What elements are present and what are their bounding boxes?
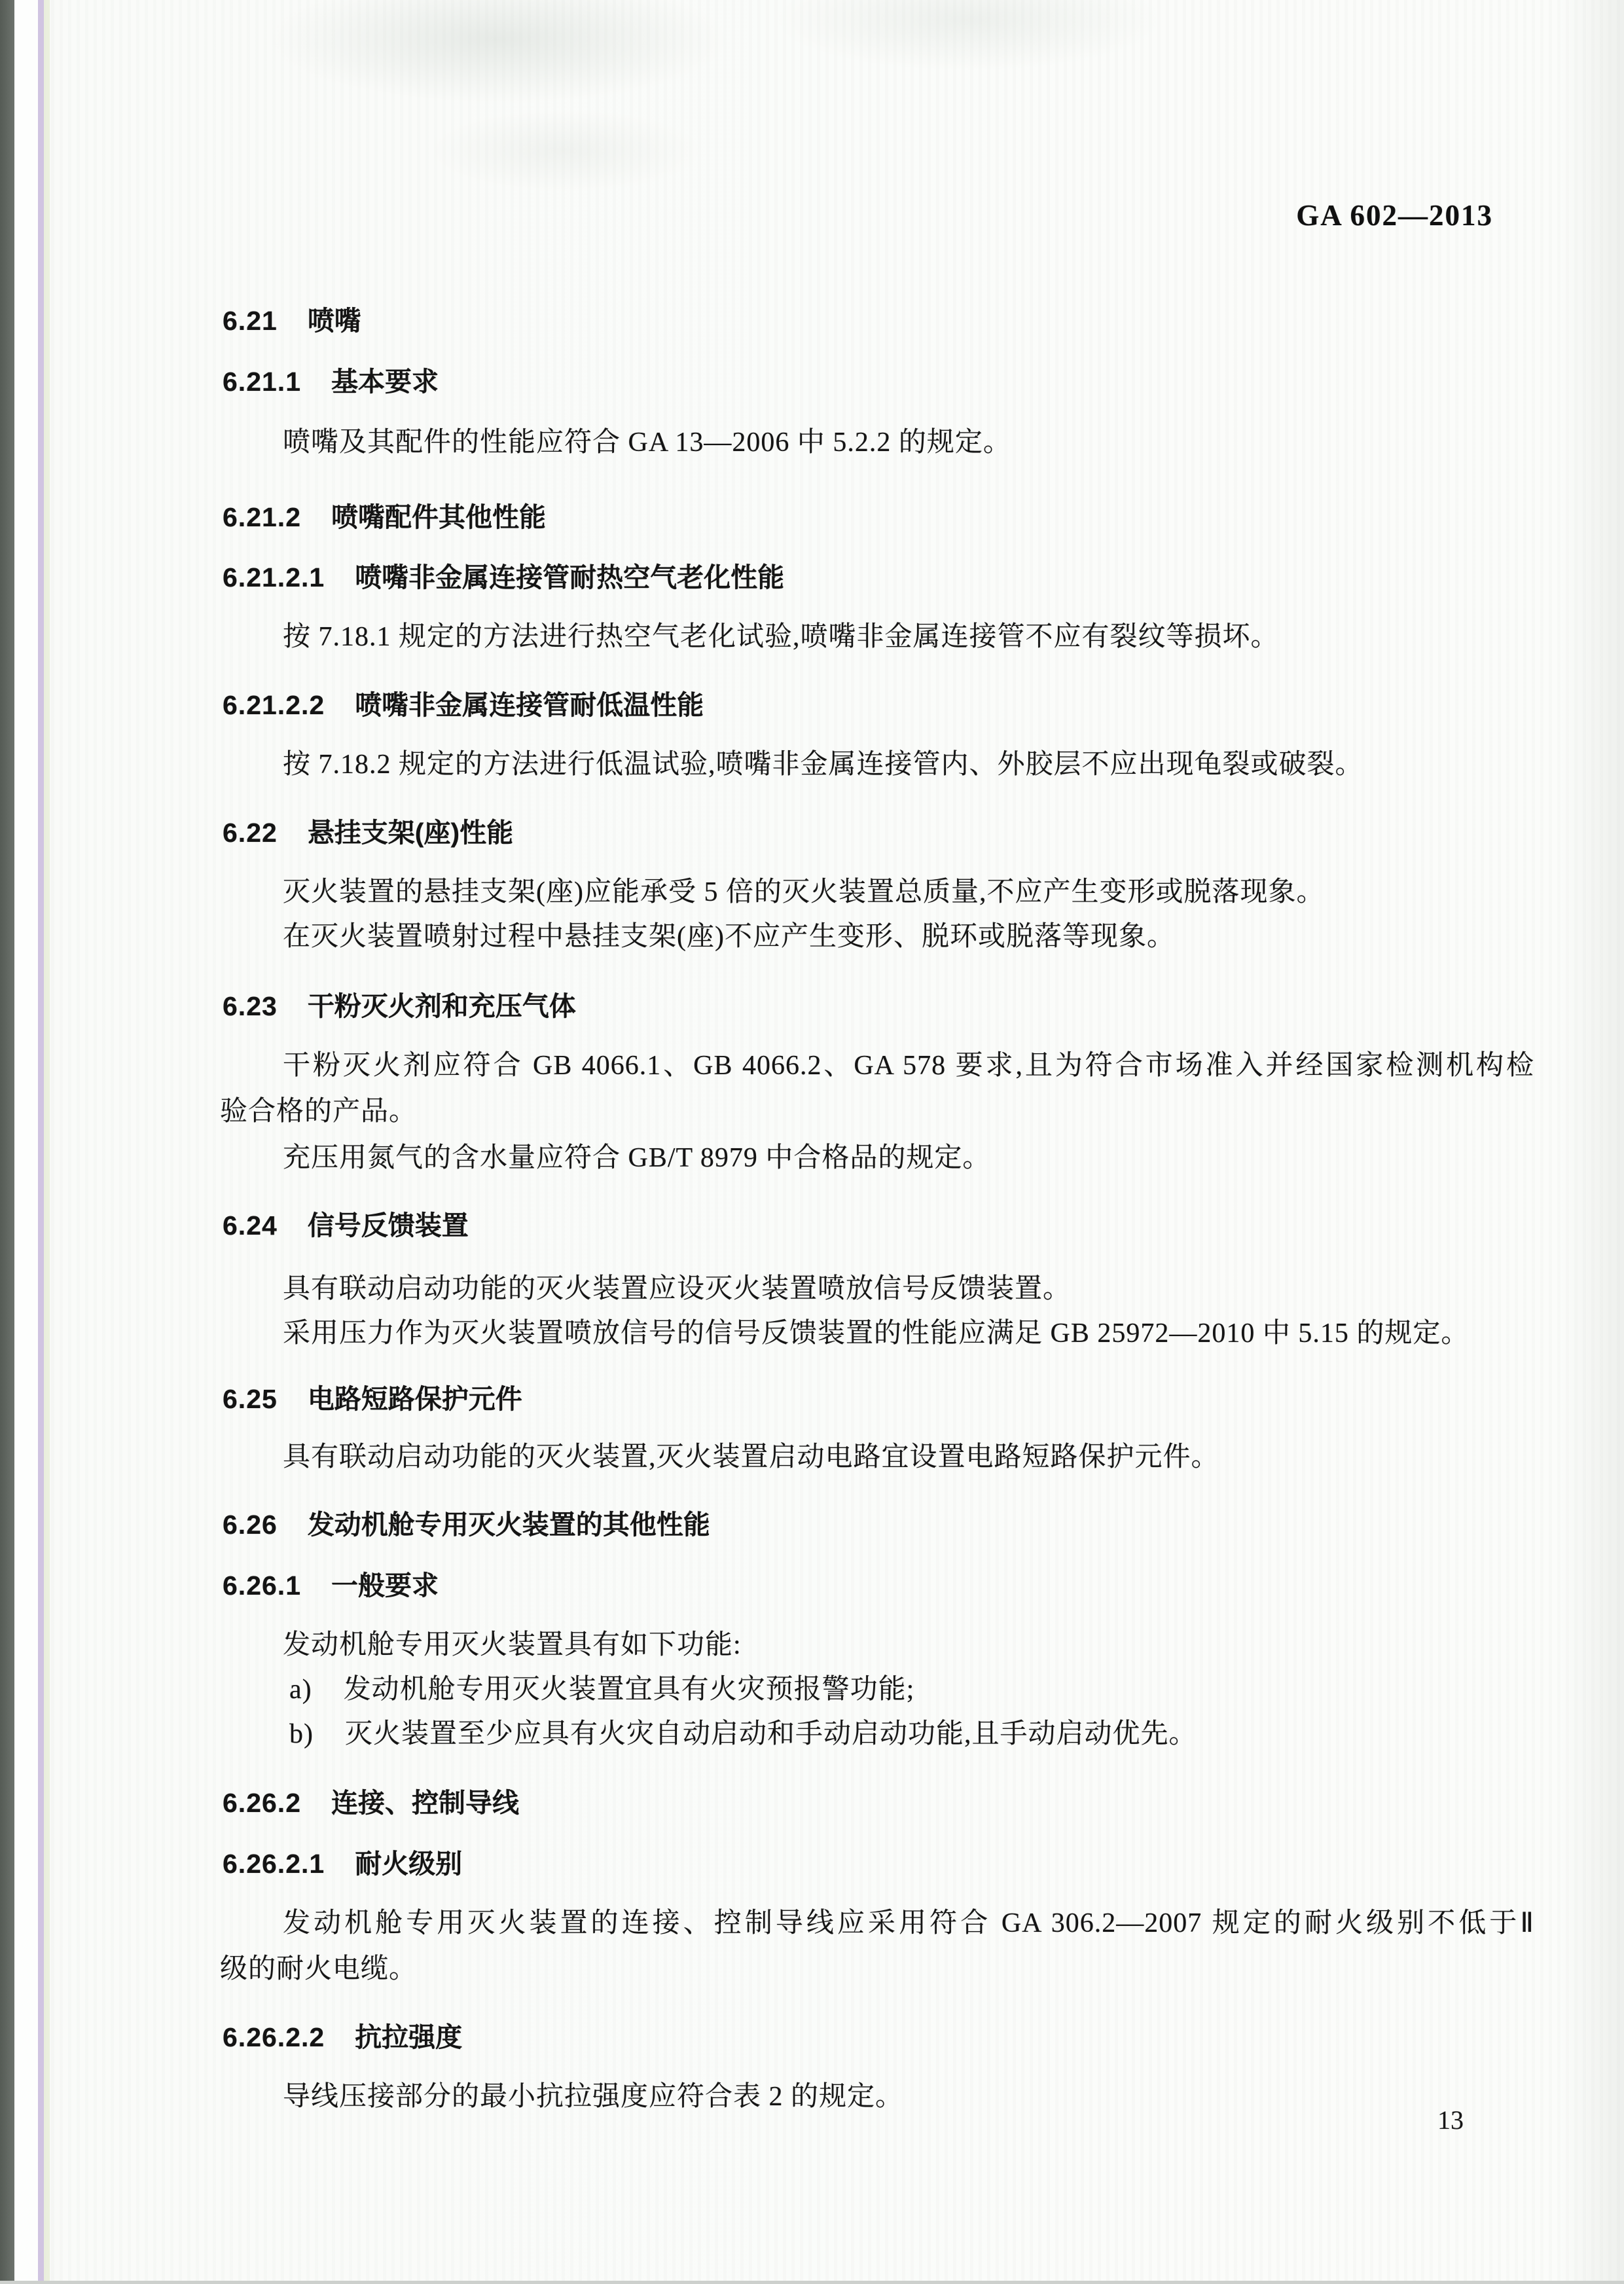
clause-title: 信号反馈装置 xyxy=(308,1210,469,1241)
clause-paragraph: 按 7.18.1 规定的方法进行热空气老化试验,喷嘴非金属连接管不应有裂纹等损坏… xyxy=(283,623,1279,651)
clause-number: 6.21.1 xyxy=(223,367,301,397)
clause-number: 6.21.2 xyxy=(223,502,301,532)
standard-code-header: GA 602—2013 xyxy=(1296,198,1493,232)
clause-paragraph: 具有联动启动功能的灭火装置,灭火装置启动电路宜设置电路短路保护元件。 xyxy=(283,1443,1219,1471)
section-heading-6-21-1: 6.21.1基本要求 xyxy=(223,369,439,395)
list-item-b: b)灭火装置至少应具有火灾自动启动和手动启动功能,且手动启动优先。 xyxy=(289,1720,1197,1748)
list-item-a: a)发动机舱专用灭火装置宜具有火灾预报警功能; xyxy=(289,1676,914,1703)
clause-title: 电路短路保护元件 xyxy=(308,1384,522,1414)
clause-paragraph: 喷嘴及其配件的性能应符合 GA 13—2006 中 5.2.2 的规定。 xyxy=(283,429,1011,456)
section-heading-6-26-2-2: 6.26.2.2抗拉强度 xyxy=(223,2024,462,2051)
section-heading-6-21-2-1: 6.21.2.1喷嘴非金属连接管耐热空气老化性能 xyxy=(223,564,784,591)
clause-number: 6.26.1 xyxy=(223,1570,301,1601)
scan-binding-strip xyxy=(0,0,14,2284)
clause-number: 6.21 xyxy=(223,306,278,336)
clause-paragraph: 导线压接部分的最小抗拉强度应符合表 2 的规定。 xyxy=(283,2083,903,2111)
clause-paragraph: 具有联动启动功能的灭火装置应设灭火装置喷放信号反馈装置。 xyxy=(283,1275,1071,1303)
clause-title: 一般要求 xyxy=(331,1570,439,1601)
page-number: 13 xyxy=(1437,2105,1464,2135)
clause-paragraph: 采用压力作为灭火装置喷放信号的信号反馈装置的性能应满足 GB 25972—201… xyxy=(283,1320,1469,1347)
section-heading-6-26: 6.26发动机舱专用灭火装置的其他性能 xyxy=(223,1512,710,1538)
clause-paragraph-continuation: 验合格的产品。 xyxy=(220,1098,417,1125)
clause-paragraph: 灭火装置的悬挂支架(座)应能承受 5 倍的灭火装置总质量,不应产生变形或脱落现象… xyxy=(283,879,1324,906)
section-heading-6-21-2-2: 6.21.2.2喷嘴非金属连接管耐低温性能 xyxy=(223,692,704,719)
section-heading-6-26-2-1: 6.26.2.1耐火级别 xyxy=(223,1851,462,1877)
clause-paragraph: 干粉灭火剂应符合 GB 4066.1、GB 4066.2、GA 578 要求,且… xyxy=(283,1052,1534,1079)
clause-title: 喷嘴配件其他性能 xyxy=(331,502,546,532)
clause-paragraph: 在灭火装置喷射过程中悬挂支架(座)不应产生变形、脱环或脱落等现象。 xyxy=(283,923,1175,951)
clause-paragraph: 充压用氮气的含水量应符合 GB/T 8979 中合格品的规定。 xyxy=(283,1144,990,1172)
clause-title: 抗拉强度 xyxy=(355,2022,462,2052)
clause-paragraph: 发动机舱专用灭火装置具有如下功能: xyxy=(283,1631,742,1659)
page-edge-line-green xyxy=(44,0,50,2284)
clause-paragraph-continuation: 级的耐火电缆。 xyxy=(220,1955,417,1983)
section-heading-6-22: 6.22悬挂支架(座)性能 xyxy=(223,820,513,846)
clause-title: 喷嘴非金属连接管耐热空气老化性能 xyxy=(355,562,784,592)
list-item-text: 灭火装置至少应具有火灾自动启动和手动启动功能,且手动启动优先。 xyxy=(345,1719,1197,1749)
section-heading-6-21-2: 6.21.2喷嘴配件其他性能 xyxy=(223,504,546,531)
scan-bottom-edge xyxy=(0,2281,1624,2284)
clause-title: 耐火级别 xyxy=(355,1849,462,1879)
list-item-label: b) xyxy=(289,1720,314,1748)
clause-number: 6.23 xyxy=(223,991,278,1021)
clause-title: 基本要求 xyxy=(331,367,439,397)
section-heading-6-26-1: 6.26.1一般要求 xyxy=(223,1572,439,1599)
clause-number: 6.26.2.2 xyxy=(223,2022,325,2052)
page-edge-line-lavender xyxy=(38,0,44,2284)
clause-number: 6.25 xyxy=(223,1384,278,1414)
clause-title: 悬挂支架(座)性能 xyxy=(308,818,513,848)
document-page: GA 602—2013 6.21喷嘴 6.21.1基本要求 喷嘴及其配件的性能应… xyxy=(0,0,1624,2284)
section-heading-6-23: 6.23干粉灭火剂和充压气体 xyxy=(223,993,576,1020)
section-heading-6-26-2: 6.26.2连接、控制导线 xyxy=(223,1790,519,1817)
list-item-label: a) xyxy=(289,1676,312,1703)
clause-number: 6.26.2.1 xyxy=(223,1849,325,1879)
clause-title: 喷嘴非金属连接管耐低温性能 xyxy=(355,690,704,720)
section-heading-6-24: 6.24信号反馈装置 xyxy=(223,1212,469,1239)
clause-paragraph: 发动机舱专用灭火装置的连接、控制导线应采用符合 GA 306.2—2007 规定… xyxy=(283,1910,1534,1937)
section-heading-6-21: 6.21喷嘴 xyxy=(223,308,361,335)
clause-number: 6.26.2 xyxy=(223,1788,301,1818)
list-item-text: 发动机舱专用灭火装置宜具有火灾预报警功能; xyxy=(344,1675,915,1705)
clause-number: 6.24 xyxy=(223,1210,278,1241)
clause-paragraph: 按 7.18.2 规定的方法进行低温试验,喷嘴非金属连接管内、外胶层不应出现龟裂… xyxy=(283,751,1363,778)
clause-title: 连接、控制导线 xyxy=(331,1788,519,1818)
section-heading-6-25: 6.25电路短路保护元件 xyxy=(223,1386,522,1413)
clause-number: 6.21.2.1 xyxy=(223,562,325,592)
clause-title: 干粉灭火剂和充压气体 xyxy=(308,991,576,1021)
clause-number: 6.22 xyxy=(223,818,278,848)
page-edge xyxy=(14,0,38,2284)
clause-number: 6.21.2.2 xyxy=(223,690,325,720)
clause-number: 6.26 xyxy=(223,1510,278,1540)
clause-title: 发动机舱专用灭火装置的其他性能 xyxy=(308,1510,710,1540)
clause-title: 喷嘴 xyxy=(308,306,361,336)
